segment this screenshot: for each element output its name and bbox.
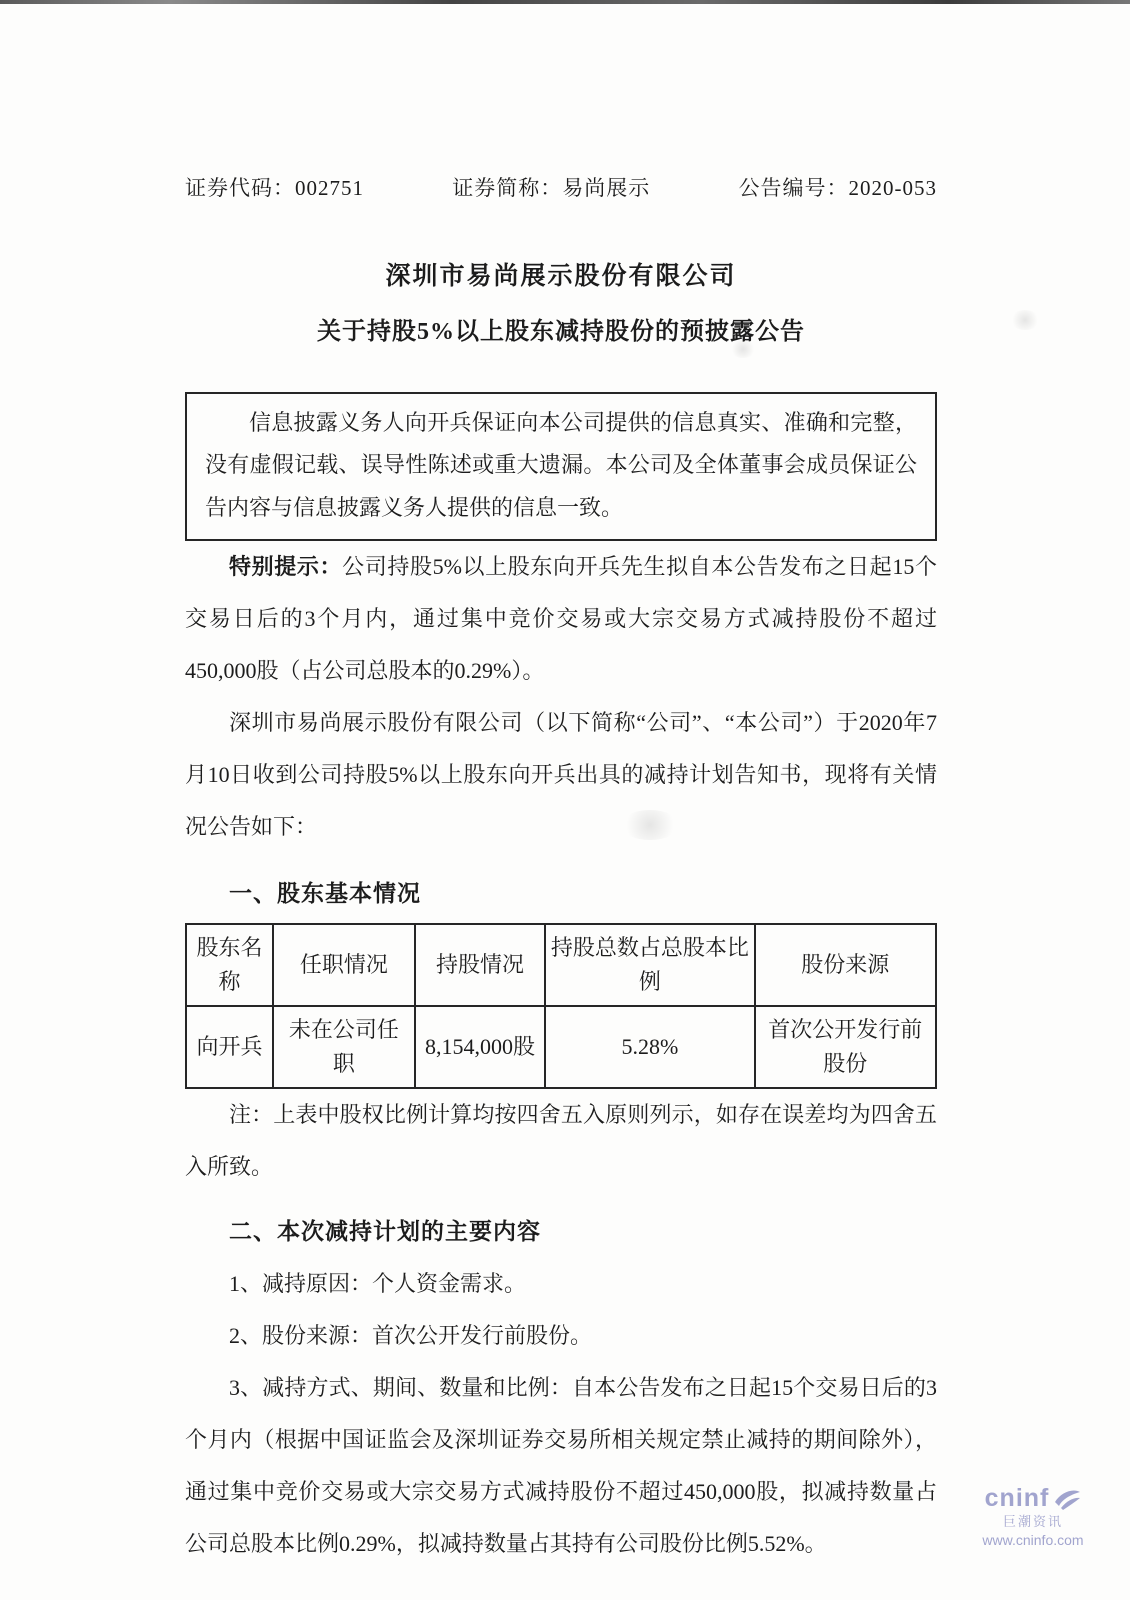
special-notice-paragraph: 特别提示：公司持股5%以上股东向开兵先生拟自本公告发布之日起15个交易日后的3个… <box>185 541 937 697</box>
col-header-shareholder-name: 股东名称 <box>186 924 273 1006</box>
col-header-share-source: 股份来源 <box>755 924 937 1006</box>
announcement-title: 关于持股5%以上股东减持股份的预披露公告 <box>185 311 937 346</box>
cell-share-source: 首次公开发行前股份 <box>755 1006 937 1088</box>
header-meta-row: 证券代码：002751 证券简称：易尚展示 公告编号：2020-053 <box>185 172 937 202</box>
plan-items: 1、减持原因：个人资金需求。 2、股份来源：首次公开发行前股份。 3、减持方式、… <box>185 1258 937 1569</box>
declaration-text: 信息披露义务人向开兵保证向本公司提供的信息真实、准确和完整，没有虚假记载、误导性… <box>205 402 917 529</box>
cninfo-url: www.cninfo.com <box>958 1532 1108 1548</box>
special-notice-label: 特别提示： <box>229 554 342 579</box>
col-header-percentage: 持股总数占总股本比例 <box>545 924 754 1006</box>
stock-name: 证券简称：易尚展示 <box>452 172 650 202</box>
cninfo-logo: cninf <box>958 1484 1108 1513</box>
cninfo-logo-swoosh-icon <box>1051 1486 1081 1512</box>
shareholder-table: 股东名称 任职情况 持股情况 持股总数占总股本比例 股份来源 向开兵 未在公司任… <box>185 923 937 1089</box>
stock-code: 证券代码：002751 <box>185 172 364 202</box>
table-header-row: 股东名称 任职情况 持股情况 持股总数占总股本比例 股份来源 <box>186 924 936 1006</box>
plan-item-2: 2、股份来源：首次公开发行前股份。 <box>185 1310 937 1362</box>
company-title: 深圳市易尚展示股份有限公司 <box>185 256 937 292</box>
section1-heading: 一、股东基本情况 <box>185 875 937 908</box>
scan-edge-artifact <box>0 0 1130 4</box>
cell-shares-held: 8,154,000股 <box>415 1006 546 1088</box>
table-note: 注：上表中股权比例计算均按四舍五入原则列示，如存在误差均为四舍五入所致。 <box>185 1089 937 1193</box>
announcement-number: 公告编号：2020-053 <box>739 172 938 202</box>
table-row: 向开兵 未在公司任职 8,154,000股 5.28% 首次公开发行前股份 <box>186 1006 936 1088</box>
scanned-announcement-page: 证券代码：002751 证券简称：易尚展示 公告编号：2020-053 深圳市易… <box>0 0 1130 1600</box>
plan-item-1: 1、减持原因：个人资金需求。 <box>185 1258 937 1310</box>
cell-position: 未在公司任职 <box>273 1006 415 1088</box>
col-header-shares-held: 持股情况 <box>415 924 546 1006</box>
cninfo-watermark: cninf 巨潮资讯 www.cninfo.com <box>958 1484 1108 1548</box>
cninfo-logo-text: cninf <box>985 1484 1050 1513</box>
declaration-box: 信息披露义务人向开兵保证向本公司提供的信息真实、准确和完整，没有虚假记载、误导性… <box>185 392 937 541</box>
cell-percentage: 5.28% <box>545 1006 754 1088</box>
plan-item-3: 3、减持方式、期间、数量和比例：自本公告发布之日起15个交易日后的3个月内（根据… <box>185 1362 937 1570</box>
scan-smudge <box>1010 310 1040 330</box>
cell-shareholder-name: 向开兵 <box>186 1006 273 1088</box>
col-header-position: 任职情况 <box>273 924 415 1006</box>
document-body: 证券代码：002751 证券简称：易尚展示 公告编号：2020-053 深圳市易… <box>185 172 937 1569</box>
intro-paragraph: 深圳市易尚展示股份有限公司（以下简称“公司”、“本公司”）于2020年7月10日… <box>185 697 937 853</box>
section2-heading: 二、本次减持计划的主要内容 <box>185 1213 937 1246</box>
cninfo-chinese-name: 巨潮资讯 <box>958 1511 1108 1530</box>
